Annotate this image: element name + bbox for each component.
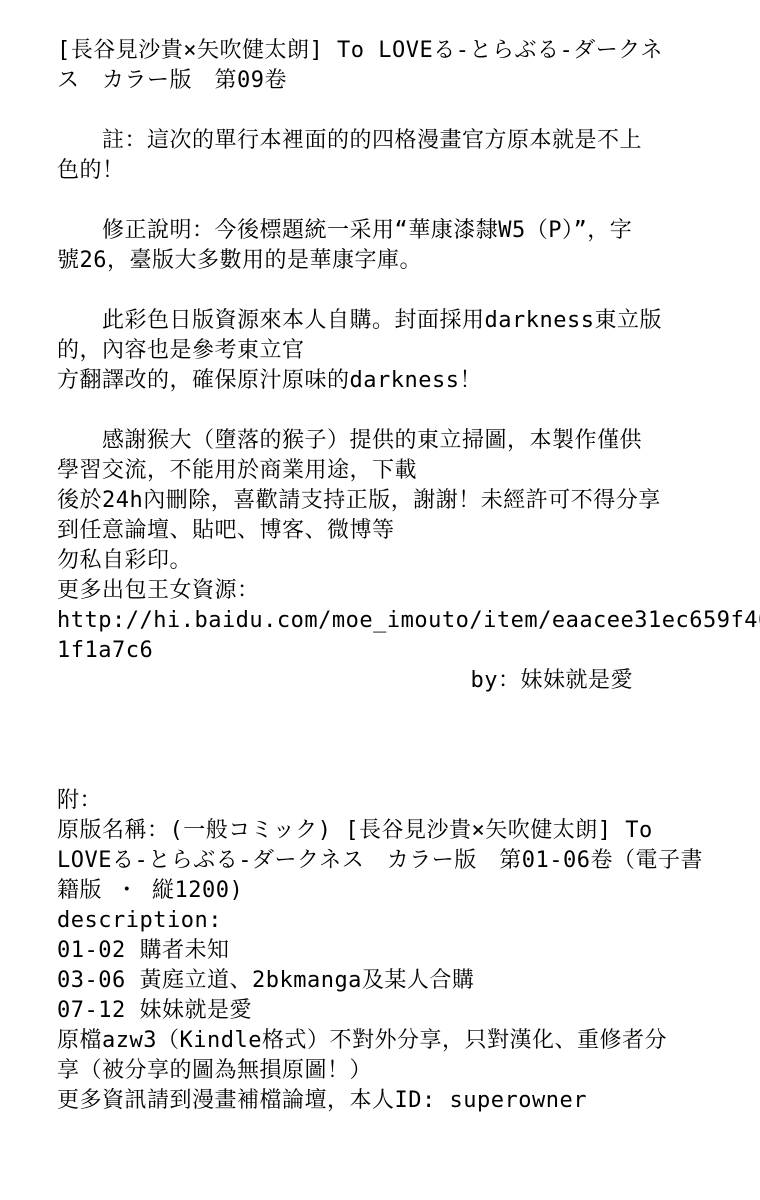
original-title-line-2: LOVEる-とらぶる-ダークネス カラー版 第01-06卷（電子書	[57, 846, 760, 876]
original-title-line-1: 原版名稱：(一般コミック) [長谷見沙貴×矢吹健太朗] To	[57, 816, 760, 846]
resources-label: 更多出包王女資源：	[57, 576, 760, 606]
source-line-1: 此彩色日版資源來本人自購。封面採用darkness東立版	[57, 306, 760, 336]
contact-line: 更多資訊請到漫畫補檔論壇，本人ID: superowner	[57, 1086, 760, 1116]
blank-line	[57, 696, 760, 726]
sharing-line-2: 享（被分享的圖為無損原圖！）	[57, 1056, 760, 1086]
title-line-2: ス カラー版 第09卷	[57, 66, 760, 96]
original-title-line-3: 籍版 ・ 縦1200)	[57, 876, 760, 906]
blank-line	[57, 396, 760, 426]
revision-line-2: 號26，臺版大多數用的是華康字庫。	[57, 246, 760, 276]
description-line-2: 03-06 黃庭立道、2bkmanga及某人合購	[57, 966, 760, 996]
thanks-line-1: 感謝猴大（墮落的猴子）提供的東立掃圖，本製作僅供	[57, 426, 760, 456]
thanks-line-4: 到任意論壇、貼吧、博客、微博等	[57, 516, 760, 546]
blank-line	[57, 96, 760, 126]
document-body: [長谷見沙貴×矢吹健太朗] To LOVEる-とらぶる-ダークネス カラー版 第…	[57, 36, 760, 1116]
thanks-line-3: 後於24h內刪除，喜歡請支持正版，謝謝！未經許可不得分享	[57, 486, 760, 516]
byline: by：妹妹就是愛	[57, 666, 760, 696]
note-line-2: 色的！	[57, 156, 760, 186]
attachment-header: 附：	[57, 786, 760, 816]
note-line-1: 註：這次的單行本裡面的的四格漫畫官方原本就是不上	[57, 126, 760, 156]
blank-line	[57, 186, 760, 216]
source-line-2: 的，內容也是參考東立官	[57, 336, 760, 366]
url-line-2: 1f1a7c6	[57, 636, 760, 666]
description-line-3: 07-12 妹妹就是愛	[57, 996, 760, 1026]
description-label: description:	[57, 906, 760, 936]
document-page: [長谷見沙貴×矢吹健太朗] To LOVEる-とらぶる-ダークネス カラー版 第…	[0, 0, 760, 1200]
title-line-1: [長谷見沙貴×矢吹健太朗] To LOVEる-とらぶる-ダークネ	[57, 36, 760, 66]
sharing-line-1: 原檔azw3（Kindle格式）不對外分享，只對漢化、重修者分	[57, 1026, 760, 1056]
blank-line	[57, 276, 760, 306]
blank-line	[57, 756, 760, 786]
source-line-3: 方翻譯改的，確保原汁原味的darkness！	[57, 366, 760, 396]
url-line-1: http://hi.baidu.com/moe_imouto/item/eaac…	[57, 606, 760, 636]
blank-line	[57, 726, 760, 756]
description-line-1: 01-02 購者未知	[57, 936, 760, 966]
thanks-line-5: 勿私自彩印。	[57, 546, 760, 576]
thanks-line-2: 學習交流，不能用於商業用途，下載	[57, 456, 760, 486]
revision-line-1: 修正說明：今後標題統一采用“華康漆隸W5（P）”，字	[57, 216, 760, 246]
